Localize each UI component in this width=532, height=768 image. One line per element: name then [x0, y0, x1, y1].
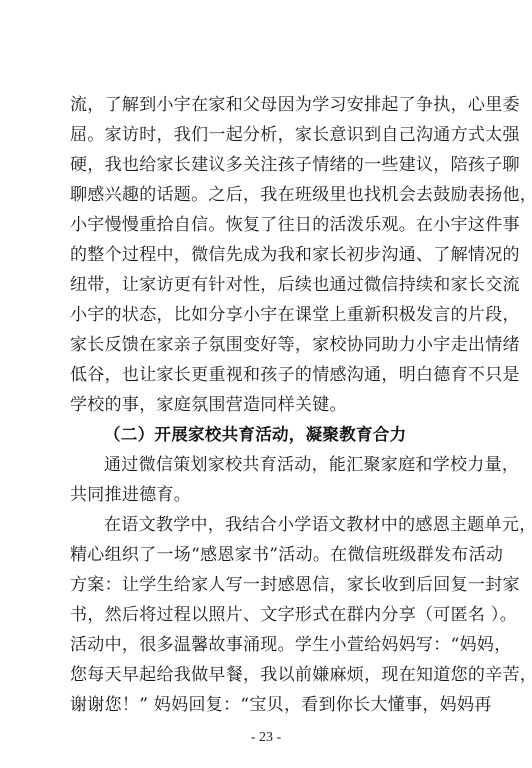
body-text-line: 谢谢您！” 妈妈回复：“宝贝，看到你长大懂事，妈妈再 — [70, 690, 470, 720]
body-text-line: 在语文教学中，我结合小学语文教材中的感恩主题单元， — [104, 510, 470, 540]
body-text-line: 纽带，让家访更有针对性，后续也通过微信持续和家长交流 — [70, 270, 470, 300]
body-text-line: 方案：让学生给家人写一封感恩信，家长收到后回复一封家 — [70, 570, 470, 600]
body-text-line: 学校的事，家庭氛围营造同样关键。 — [70, 390, 470, 420]
body-text-line: 小宇慢慢重拾自信。恢复了往日的活泼乐观。在小宇这件事 — [70, 210, 470, 240]
body-text-line: 精心组织了一场“感恩家书”活动。在微信班级群发布活动 — [70, 540, 470, 570]
body-text-line: 通过微信策划家校共育活动，能汇聚家庭和学校力量， — [104, 450, 470, 480]
body-text-line: 聊感兴趣的话题。之后，我在班级里也找机会去鼓励表扬他， — [70, 180, 470, 210]
body-text-line: 低谷，也让家长更重视和孩子的情感沟通，明白德育不只是 — [70, 360, 470, 390]
body-text-line: 共同推进德育。 — [70, 480, 470, 510]
body-text-line: 您每天早起给我做早餐，我以前嫌麻烦，现在知道您的辛苦， — [70, 660, 470, 690]
body-text-line: 流，了解到小宇在家和父母因为学习安排起了争执，心里委 — [70, 90, 470, 120]
body-text-line: 硬，我也给家长建议多关注孩子情绪的一些建议，陪孩子聊 — [70, 150, 470, 180]
page-number: - 23 - — [0, 730, 532, 746]
body-text-line: 小宇的状态，比如分享小宇在课堂上重新积极发言的片段， — [70, 300, 470, 330]
body-text-line: 的整个过程中，微信先成为我和家长初步沟通、了解情况的 — [70, 240, 470, 270]
section-heading: （二）开展家校共育活动，凝聚教育合力 — [104, 420, 504, 450]
body-text-line: 家长反馈在家亲子氛围变好等，家校协同助力小宇走出情绪 — [70, 330, 470, 360]
body-text-line: 活动中，很多温馨故事涌现。学生小萱给妈妈写：“妈妈， — [70, 630, 470, 660]
document-page: 流，了解到小宇在家和父母因为学习安排起了争执，心里委 屈。家访时，我们一起分析，… — [0, 0, 532, 768]
body-text-line: 书，然后将过程以照片、文字形式在群内分享（可匿名 ）。 — [70, 600, 470, 630]
body-text-line: 屈。家访时，我们一起分析，家长意识到自己沟通方式太强 — [70, 120, 470, 150]
